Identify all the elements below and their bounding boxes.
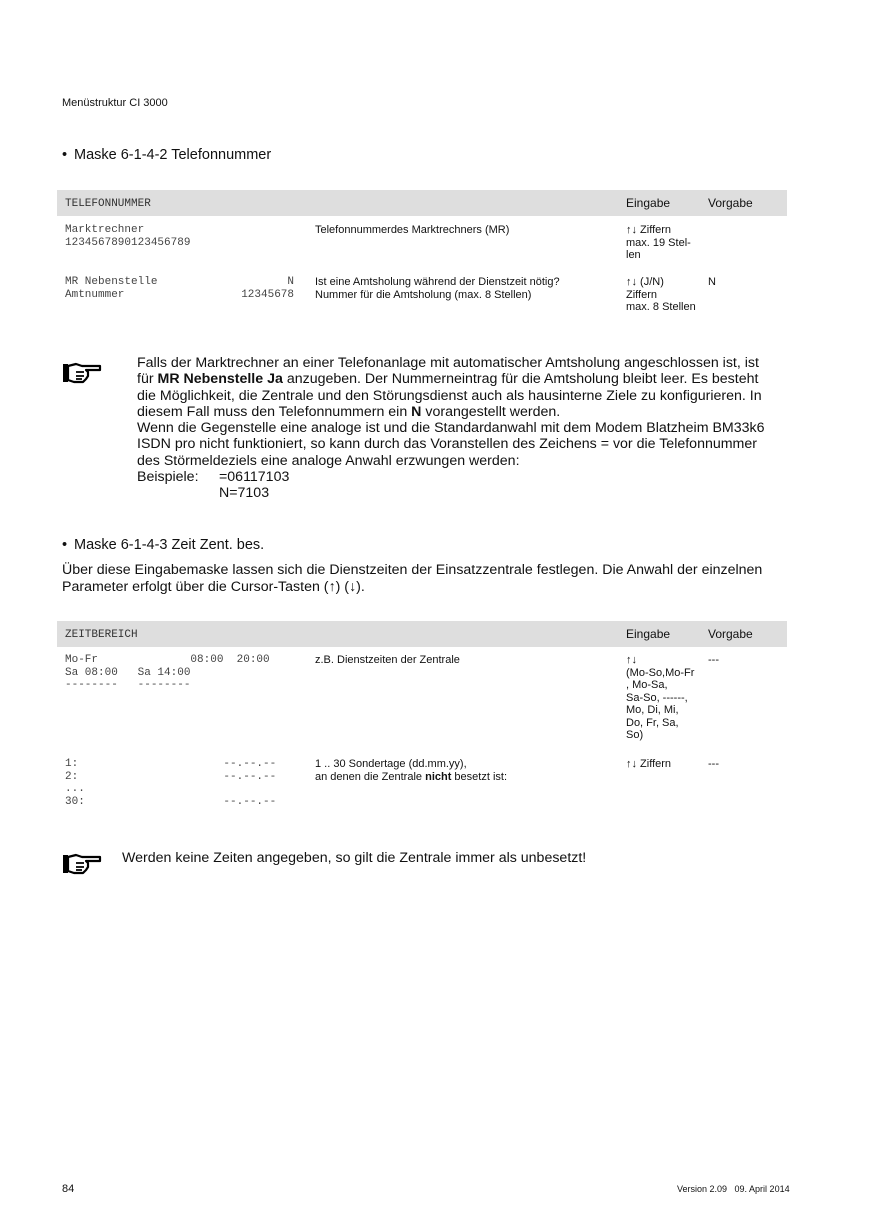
bullet: • bbox=[62, 147, 74, 163]
field-value: N12345678 bbox=[227, 276, 294, 301]
field-label: Mo-Fr 08:00 20:00Sa 08:00 Sa 14:00------… bbox=[65, 654, 270, 692]
field-label: MR NebenstelleAmtnummer bbox=[65, 276, 157, 301]
field-description: Ist eine Amtsholung während der Dienstze… bbox=[315, 276, 560, 301]
field-input-spec: ↑↓ Ziffernmax. 19 Stel-len bbox=[626, 224, 706, 262]
table-title: TELEFONNUMMER bbox=[65, 198, 151, 210]
note-amtsholung: Falls der Marktrechner an einer Telefona… bbox=[137, 355, 797, 501]
page-number: 84 bbox=[62, 1183, 74, 1195]
section-intro: Über diese Eingabemaske lassen sich die … bbox=[62, 562, 792, 596]
table-title: ZEITBEREICH bbox=[65, 629, 138, 641]
pointing-hand-icon bbox=[62, 360, 102, 386]
running-header: Menüstruktur CI 3000 bbox=[62, 97, 168, 109]
note-unbesetzt: Werden keine Zeiten angegeben, so gilt d… bbox=[122, 850, 586, 866]
field-label: Marktrechner1234567890123456789 bbox=[65, 224, 190, 249]
table-header: TELEFONNUMMER Eingabe Vorgabe bbox=[57, 190, 787, 216]
pointing-hand-icon bbox=[62, 851, 102, 877]
field-description: Telefonnummerdes Marktrechners (MR) bbox=[315, 224, 509, 237]
zeitbereich-table: ZEITBEREICH Eingabe Vorgabe Mo-Fr 08:00 … bbox=[57, 621, 787, 647]
field-default: --- bbox=[708, 758, 719, 771]
version-info: Version 2.09 09. April 2014 bbox=[677, 1184, 790, 1194]
field-input-spec: ↑↓(Mo-So,Mo-Fr, Mo-Sa,Sa-So, ------,Mo, … bbox=[626, 654, 706, 742]
field-description: 1 .. 30 Sondertage (dd.mm.yy), an denen … bbox=[315, 758, 507, 783]
field-input-spec: ↑↓ Ziffern bbox=[626, 758, 706, 771]
field-label: 1: --.--.--2: --.--.--...30: --.--.-- bbox=[65, 758, 276, 808]
examples: Beispiele: =06117103 N=7103 bbox=[137, 469, 797, 501]
bullet: • bbox=[62, 537, 74, 553]
telefonnummer-table: TELEFONNUMMER Eingabe Vorgabe Marktrechn… bbox=[57, 190, 787, 216]
table-header: ZEITBEREICH Eingabe Vorgabe bbox=[57, 621, 787, 647]
field-input-spec: ↑↓ (J/N)Ziffernmax. 8 Stellen bbox=[626, 276, 706, 314]
column-header-eingabe: Eingabe bbox=[626, 196, 670, 210]
field-default: --- bbox=[708, 654, 719, 667]
field-default: N bbox=[708, 276, 716, 289]
column-header-eingabe: Eingabe bbox=[626, 627, 670, 641]
column-header-vorgabe: Vorgabe bbox=[708, 196, 753, 210]
section-title-telefonnummer: •Maske 6-1-4-2 Telefonnummer bbox=[62, 147, 271, 163]
column-header-vorgabe: Vorgabe bbox=[708, 627, 753, 641]
section-title-zeit: •Maske 6-1-4-3 Zeit Zent. bes. bbox=[62, 537, 264, 553]
field-description: z.B. Dienstzeiten der Zentrale bbox=[315, 654, 460, 667]
